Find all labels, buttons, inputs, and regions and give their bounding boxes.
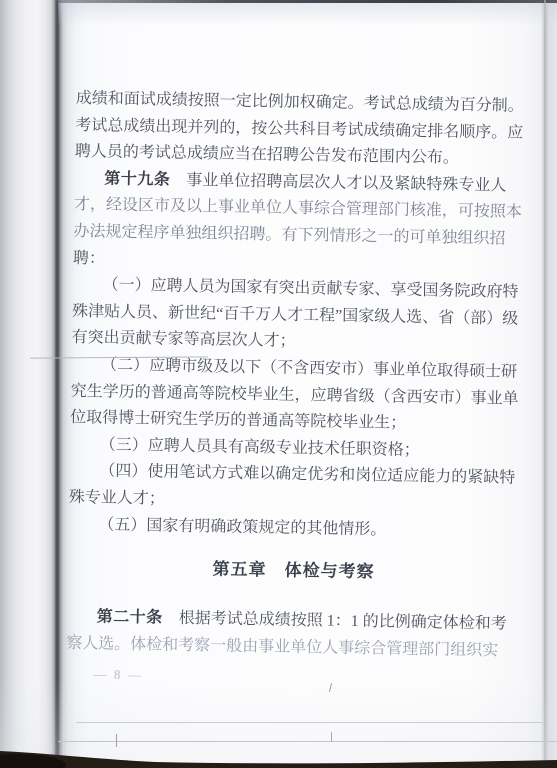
book-spine-shadow	[0, 738, 557, 768]
underlying-page-edge-line	[76, 722, 543, 723]
page-right-edge	[544, 0, 546, 768]
scanned-document-page: 成绩和面试成绩按照一定比例加权确定。考试总成绩为百分制。考试总成绩出现并列的，按…	[0, 0, 557, 768]
page-top-shading	[58, 0, 557, 26]
document-text: 成绩和面试成绩按照一定比例加权确定。考试总成绩为百分制。考试总成绩出现并列的，按…	[66, 86, 528, 690]
article-number: 第十九条	[104, 170, 170, 188]
chapter-heading: 第五章 体检与考察	[67, 553, 519, 588]
article-number: 第二十条	[97, 609, 163, 627]
scan-top-edge	[56, 0, 557, 3]
